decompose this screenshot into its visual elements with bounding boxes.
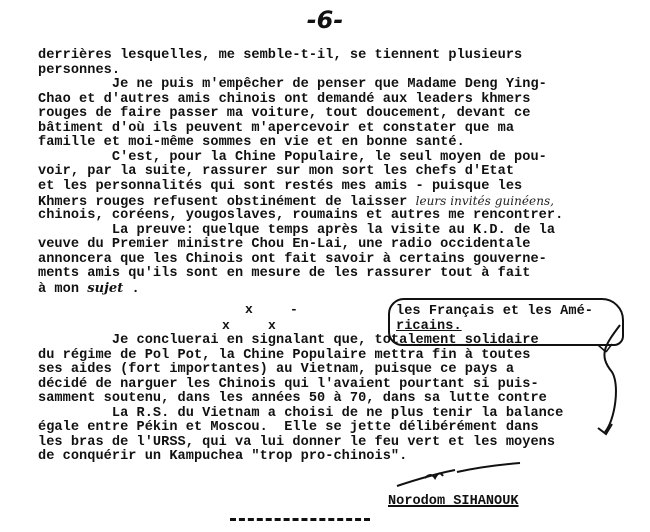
handwritten-insert-sujet: sujet [87, 281, 123, 296]
end-rule [230, 518, 370, 521]
text-line: Chao et d'autres amis chinois ont demand… [38, 92, 530, 107]
separator-x-2: x [222, 318, 230, 333]
text-line: annoncera que les Chinois ont fait savoi… [38, 252, 547, 267]
text-line: ments amis qu'ils sont en mesure de les … [38, 266, 530, 281]
text-line: du régime de Pol Pot, la Chine Populaire… [38, 348, 530, 363]
text-line: chinois, coréens, yougoslaves, roumains … [38, 208, 563, 223]
text-line: La R.S. du Vietnam a choisi de ne plus t… [38, 406, 563, 421]
text-line: Je concluerai en signalant que, totaleme… [38, 333, 539, 348]
handwritten-signature-icon [395, 462, 525, 492]
text-line: personnes. [38, 63, 120, 78]
handwritten-insert-invites: leurs invités guinéens, [416, 194, 555, 208]
text-line: veuve du Premier ministre Chou En-Lai, u… [38, 237, 530, 252]
separator-x-3: x [268, 318, 276, 333]
text-line: et les personnalités qui sont restés mes… [38, 179, 522, 194]
text-line: derrières lesquelles, me semble-t-il, se… [38, 48, 522, 63]
circled-insert-line-2: ricains. [396, 319, 462, 334]
text-line: rouges de faire passer ma voiture, tout … [38, 106, 530, 121]
text-line: samment soutenu, dans les années 50 à 70… [38, 391, 547, 406]
text-line: C'est, pour la Chine Populaire, le seul … [38, 150, 547, 165]
signature-name: Norodom SIHANOUK [388, 494, 519, 509]
circled-insert-line-1: les Français et les Amé- [396, 304, 593, 319]
page-number: -6- [0, 6, 650, 34]
sentence-end: . [123, 282, 139, 297]
text-line: ses aides (fort importantes) au Vietnam,… [38, 362, 514, 377]
separator-x-1: x [245, 302, 253, 317]
text-line: égale entre Pékin et Moscou. Elle se jet… [38, 420, 539, 435]
text-line: Je ne puis m'empêcher de penser que Mada… [38, 77, 547, 92]
text-line: de conquérir un Kampuchea "trop pro-chin… [38, 449, 407, 464]
text-line: bâtiment d'où ils peuvent m'apercevoir e… [38, 121, 514, 136]
text-line: famille et moi-même sommes en vie et en … [38, 135, 465, 150]
text-line: La preuve: quelque temps après la visite… [38, 223, 555, 238]
text-line: voir, par la suite, rassurer sur mon sor… [38, 164, 514, 179]
text-line: décidé de narguer les Chinois qui l'avai… [38, 377, 539, 392]
text-line: les bras de l'URSS, qui va lui donner le… [38, 435, 555, 450]
text-line: à mon sujet . [38, 281, 140, 297]
separator-dash: - [290, 302, 298, 317]
